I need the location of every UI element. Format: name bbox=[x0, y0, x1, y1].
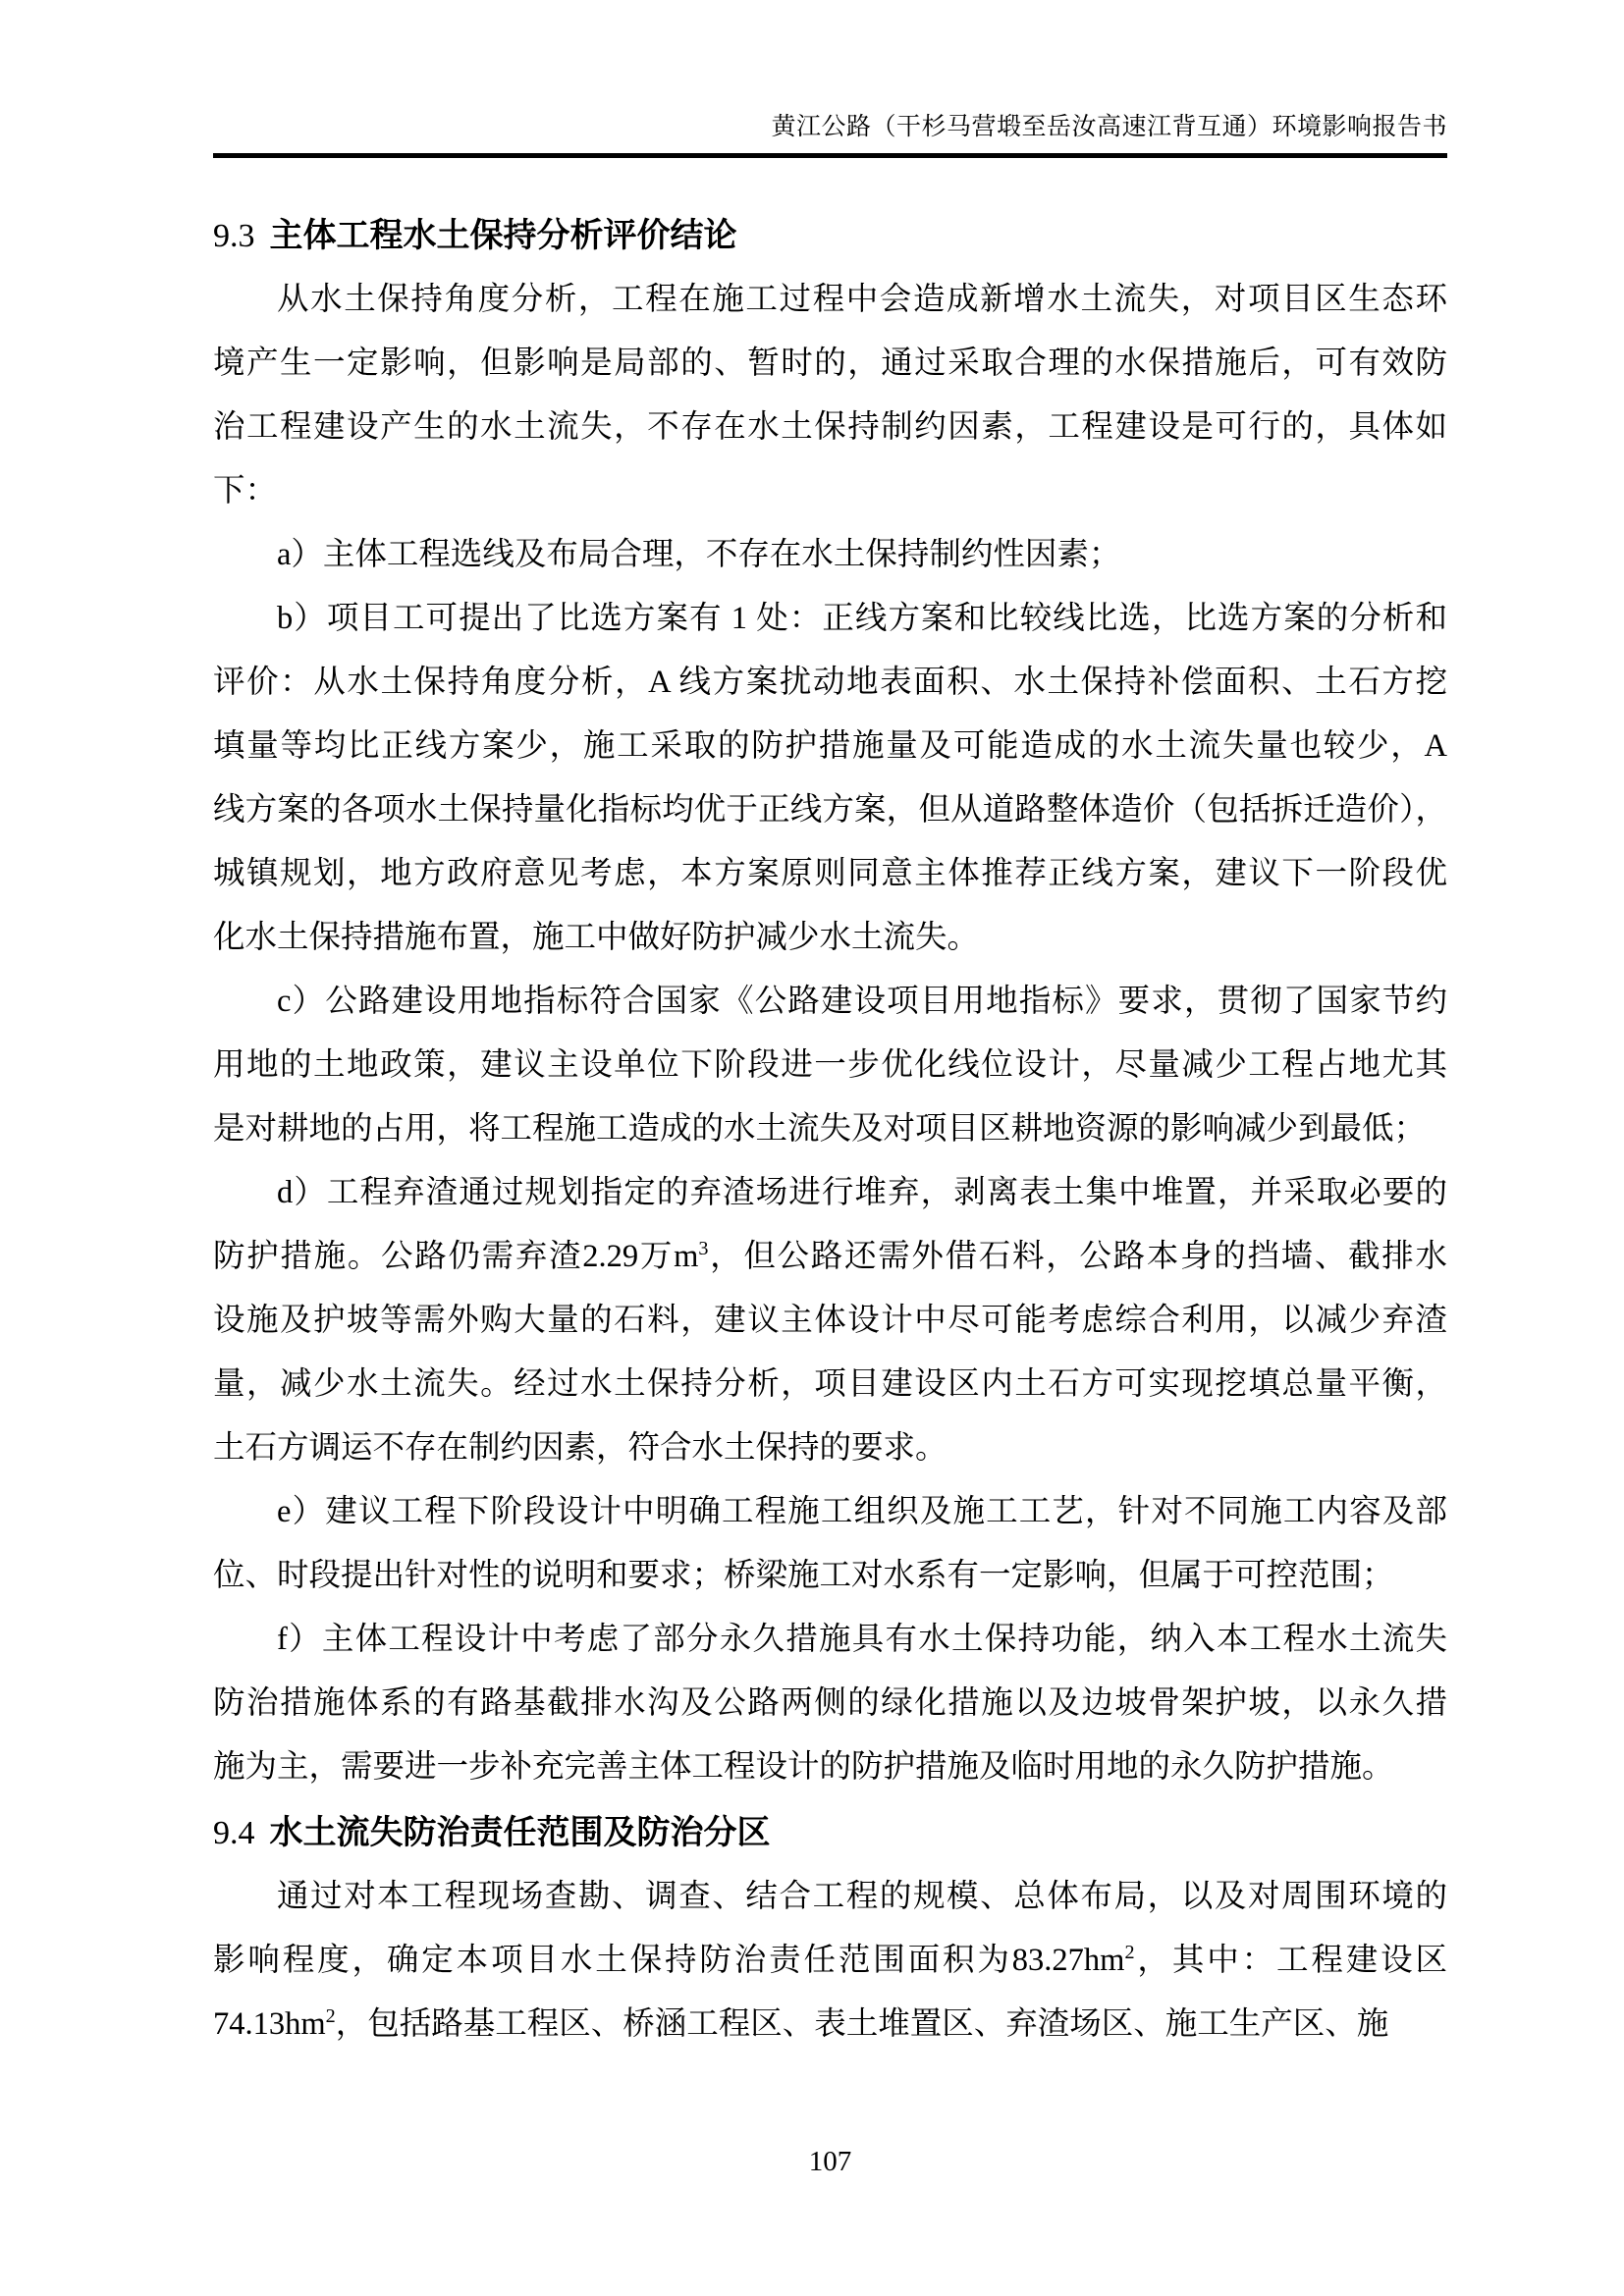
page-content: 黄江公路（干杉马营塅至岳汝高速江背互通）环境影响报告书 9.3主体工程水土保持分… bbox=[213, 0, 1447, 2056]
text-line: 用地的土地政策，建议主设单位下阶段进一步优化线位设计，尽量减少工程占地尤其 bbox=[213, 1034, 1447, 1097]
text-line: 土石方调运不存在制约因素，符合水土保持的要求。 bbox=[213, 1416, 1447, 1480]
text-line: f）主体工程设计中考虑了部分永久措施具有水土保持功能，纳入本工程水土流失 bbox=[213, 1608, 1447, 1672]
text-line: a）主体工程选线及布局合理，不存在水土保持制约性因素； bbox=[213, 523, 1447, 587]
text-line: 是对耕地的占用，将工程施工造成的水土流失及对项目区耕地资源的影响减少到最低； bbox=[213, 1097, 1447, 1161]
header-title: 黄江公路（干杉马营塅至岳汝高速江背互通）环境影响报告书 bbox=[213, 0, 1447, 145]
section-title-9-4: 水土流失防治责任范围及防治分区 bbox=[270, 1814, 771, 1851]
paragraph-item-b: b）项目工可提出了比选方案有 1 处：正线方案和比较线比选，比选方案的分析和评价… bbox=[213, 587, 1447, 970]
text-line: e）建议工程下阶段设计中明确工程施工组织及施工工艺，针对不同施工内容及部 bbox=[213, 1480, 1447, 1544]
paragraph-intro: 从水土保持角度分析，工程在施工过程中会造成新增水土流失，对项目区生态环境产生一定… bbox=[213, 268, 1447, 523]
paragraph-responsibility-scope: 通过对本工程现场查勘、调查、结合工程的规模、总体布局，以及对周围环境的影响程度，… bbox=[213, 1865, 1447, 2056]
section-heading-9-4: 9.4水土流失防治责任范围及防治分区 bbox=[213, 1813, 1447, 1853]
text-line: 防治措施体系的有路基截排水沟及公路两侧的绿化措施以及边坡骨架护坡，以永久措 bbox=[213, 1672, 1447, 1735]
paragraph-item-c: c）公路建设用地指标符合国家《公路建设项目用地指标》要求，贯彻了国家节约用地的土… bbox=[213, 970, 1447, 1161]
text-line: 影响程度，确定本项目水土保持防治责任范围面积为83.27hm2，其中：工程建设区 bbox=[213, 1929, 1447, 1993]
text-line: 74.13hm2，包括路基工程区、桥涵工程区、表土堆置区、弃渣场区、施工生产区、… bbox=[213, 1993, 1447, 2056]
text-line: 防护措施。公路仍需弃渣2.29万m3，但公路还需外借石料，公路本身的挡墙、截排水 bbox=[213, 1225, 1447, 1289]
text-line: 设施及护坡等需外购大量的石料，建议主体设计中尽可能考虑综合利用，以减少弃渣 bbox=[213, 1289, 1447, 1353]
text-line: 评价：从水土保持角度分析，A 线方案扰动地表面积、水土保持补偿面积、土石方挖 bbox=[213, 651, 1447, 715]
text-line: 位、时段提出针对性的说明和要求；桥梁施工对水系有一定影响，但属于可控范围； bbox=[213, 1544, 1447, 1608]
paragraph-item-e: e）建议工程下阶段设计中明确工程施工组织及施工工艺，针对不同施工内容及部位、时段… bbox=[213, 1480, 1447, 1608]
text-line: 下： bbox=[213, 459, 1447, 523]
document-page: 黄江公路（干杉马营塅至岳汝高速江背互通）环境影响报告书 9.3主体工程水土保持分… bbox=[0, 0, 1624, 2296]
text-line: 通过对本工程现场查勘、调查、结合工程的规模、总体布局，以及对周围环境的 bbox=[213, 1865, 1447, 1929]
text-line: 境产生一定影响，但影响是局部的、暂时的，通过采取合理的水保措施后，可有效防 bbox=[213, 332, 1447, 396]
paragraph-item-d: d）工程弃渣通过规划指定的弃渣场进行堆弃，剥离表土集中堆置，并采取必要的防护措施… bbox=[213, 1161, 1447, 1480]
text-line: b）项目工可提出了比选方案有 1 处：正线方案和比较线比选，比选方案的分析和 bbox=[213, 587, 1447, 651]
page-footer: 107 bbox=[213, 2144, 1447, 2179]
text-line: 量，减少水土流失。经过水土保持分析，项目建设区内土石方可实现挖填总量平衡， bbox=[213, 1353, 1447, 1416]
text-line: 从水土保持角度分析，工程在施工过程中会造成新增水土流失，对项目区生态环 bbox=[213, 268, 1447, 332]
page-number: 107 bbox=[809, 2146, 852, 2177]
section-number-9-4: 9.4 bbox=[213, 1815, 255, 1851]
paragraph-item-f: f）主体工程设计中考虑了部分永久措施具有水土保持功能，纳入本工程水土流失防治措施… bbox=[213, 1608, 1447, 1799]
text-line: 城镇规划，地方政府意见考虑，本方案原则同意主体推荐正线方案，建议下一阶段优 bbox=[213, 842, 1447, 906]
section-number-9-3: 9.3 bbox=[213, 218, 255, 254]
section-title-9-3: 主体工程水土保持分析评价结论 bbox=[270, 217, 737, 254]
text-line: 治工程建设产生的水土流失，不存在水土保持制约因素，工程建设是可行的，具体如 bbox=[213, 396, 1447, 459]
text-line: 化水土保持措施布置，施工中做好防护减少水土流失。 bbox=[213, 906, 1447, 970]
text-line: 线方案的各项水土保持量化指标均优于正线方案，但从道路整体造价（包括拆迁造价）， bbox=[213, 778, 1447, 842]
section-heading-9-3: 9.3主体工程水土保持分析评价结论 bbox=[213, 216, 1447, 256]
header-rule bbox=[213, 153, 1447, 158]
text-line: 施为主，需要进一步补充完善主体工程设计的防护措施及临时用地的永久防护措施。 bbox=[213, 1735, 1447, 1799]
text-line: d）工程弃渣通过规划指定的弃渣场进行堆弃，剥离表土集中堆置，并采取必要的 bbox=[213, 1161, 1447, 1225]
text-line: c）公路建设用地指标符合国家《公路建设项目用地指标》要求，贯彻了国家节约 bbox=[213, 970, 1447, 1034]
text-line: 填量等均比正线方案少，施工采取的防护措施量及可能造成的水土流失量也较少，A bbox=[213, 715, 1447, 778]
paragraph-item-a: a）主体工程选线及布局合理，不存在水土保持制约性因素； bbox=[213, 523, 1447, 587]
